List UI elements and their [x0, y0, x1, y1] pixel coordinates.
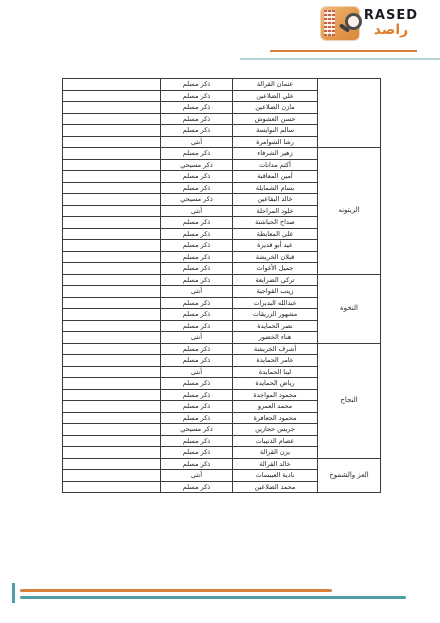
member-name-cell: سالم النوايسة [233, 125, 318, 137]
empty-cell [63, 378, 161, 390]
empty-cell [63, 90, 161, 102]
empty-cell [63, 424, 161, 436]
members-table-body: عثمان القرالةذكر مسلمعلي الضلاعينذكر مسل… [63, 79, 381, 493]
magnifier-icon [345, 13, 362, 30]
empty-cell [63, 412, 161, 424]
group-label-cell: النجاح [318, 343, 381, 458]
empty-cell [63, 401, 161, 413]
empty-cell [63, 481, 161, 493]
footer-accent-bar [12, 583, 15, 603]
logo-text: RASED راصد [364, 9, 418, 37]
header-rule-teal [240, 58, 440, 60]
member-name-cell: جريس حجازين [233, 424, 318, 436]
gender-religion-cell: ذكر مسيحي [161, 424, 233, 436]
gender-religion-cell: ذكر مسلم [161, 435, 233, 447]
empty-cell [63, 125, 161, 137]
gender-religion-cell: ذكر مسلم [161, 297, 233, 309]
gender-religion-cell: ذكر مسلم [161, 458, 233, 470]
spreadsheet-pattern-icon [324, 10, 335, 36]
group-label-cell: الزيتونه [318, 148, 381, 275]
empty-cell [63, 159, 161, 171]
member-name-cell: عامر الحمايدة [233, 355, 318, 367]
gender-religion-cell: ذكر مسيحي [161, 159, 233, 171]
rased-logo-icon [321, 7, 359, 40]
footer-rule-orange [20, 589, 332, 592]
empty-cell [63, 182, 161, 194]
member-name-cell: نادية العبيسات [233, 470, 318, 482]
gender-religion-cell: ذكر مسلم [161, 171, 233, 183]
gender-religion-cell: ذكر مسلم [161, 378, 233, 390]
gender-religion-cell: أنثى [161, 136, 233, 148]
magnifier-handle-icon [339, 23, 350, 33]
gender-religion-cell: ذكر مسلم [161, 90, 233, 102]
empty-cell [63, 217, 161, 229]
member-name-cell: محمود المواجدة [233, 389, 318, 401]
footer-rule-teal [20, 596, 406, 599]
group-label-cell [318, 79, 381, 148]
empty-cell [63, 194, 161, 206]
member-name-cell: رياض الحمايدة [233, 378, 318, 390]
members-table: عثمان القرالةذكر مسلمعلي الضلاعينذكر مسل… [62, 78, 381, 493]
empty-cell [63, 458, 161, 470]
member-name-cell: محمود الجعافرة [233, 412, 318, 424]
gender-religion-cell: ذكر مسيحي [161, 194, 233, 206]
empty-cell [63, 435, 161, 447]
member-name-cell: علي الضلاعين [233, 90, 318, 102]
member-name-cell: علي المعايطة [233, 228, 318, 240]
member-name-cell: أكثم مدانات [233, 159, 318, 171]
group-label-cell: النخوة [318, 274, 381, 343]
empty-cell [63, 113, 161, 125]
empty-cell [63, 274, 161, 286]
member-name-cell: صداح الحباشنة [233, 217, 318, 229]
member-name-cell: هناء الخضور [233, 332, 318, 344]
member-name-cell: تركي الضرايعة [233, 274, 318, 286]
gender-religion-cell: ذكر مسلم [161, 263, 233, 275]
empty-cell [63, 297, 161, 309]
empty-cell [63, 355, 161, 367]
gender-religion-cell: ذكر مسلم [161, 412, 233, 424]
member-name-cell: محمد الضلاعين [233, 481, 318, 493]
gender-religion-cell: ذكر مسلم [161, 113, 233, 125]
header-rule-orange [270, 50, 417, 52]
gender-religion-cell: ذكر مسلم [161, 401, 233, 413]
member-name-cell: خالد البقاعين [233, 194, 318, 206]
empty-cell [63, 320, 161, 332]
gender-religion-cell: ذكر مسلم [161, 320, 233, 332]
gender-religion-cell: أنثى [161, 286, 233, 298]
gender-religion-cell: ذكر مسلم [161, 217, 233, 229]
member-name-cell: عيد أبو قديرة [233, 240, 318, 252]
logo-arabic-text: راصد [364, 23, 418, 38]
table-row: عثمان القرالةذكر مسلم [63, 79, 381, 91]
member-name-cell: عصام الذنيبات [233, 435, 318, 447]
member-name-cell: بسام الشمايلة [233, 182, 318, 194]
empty-cell [63, 309, 161, 321]
empty-cell [63, 263, 161, 275]
empty-cell [63, 79, 161, 91]
empty-cell [63, 389, 161, 401]
gender-religion-cell: ذكر مسلم [161, 274, 233, 286]
empty-cell [63, 205, 161, 217]
member-name-cell: نصر الحمايدة [233, 320, 318, 332]
member-name-cell: قبلان الخريشة [233, 251, 318, 263]
gender-religion-cell: ذكر مسلم [161, 79, 233, 91]
member-name-cell: يزن القرالة [233, 447, 318, 459]
gender-religion-cell: ذكر مسلم [161, 251, 233, 263]
gender-religion-cell: ذكر مسلم [161, 355, 233, 367]
gender-religion-cell: ذكر مسلم [161, 125, 233, 137]
gender-religion-cell: ذكر مسلم [161, 182, 233, 194]
gender-religion-cell: ذكر مسلم [161, 309, 233, 321]
table-row: العز والشموخخالد القرالةذكر مسلم [63, 458, 381, 470]
member-name-cell: محمد العمرو [233, 401, 318, 413]
logo-latin-text: RASED [364, 9, 418, 23]
gender-religion-cell: ذكر مسلم [161, 447, 233, 459]
report-page: RASED راصد عثمان القرالةذكر مسلمعلي الضل… [0, 0, 440, 623]
empty-cell [63, 148, 161, 160]
table-row: النجاحأشرف الخريشةذكر مسلم [63, 343, 381, 355]
gender-religion-cell: ذكر مسلم [161, 389, 233, 401]
gender-religion-cell: ذكر مسلم [161, 102, 233, 114]
gender-religion-cell: ذكر مسلم [161, 228, 233, 240]
empty-cell [63, 366, 161, 378]
gender-religion-cell: ذكر مسلم [161, 343, 233, 355]
empty-cell [63, 447, 161, 459]
table-row: الزيتونهزهير الشرفاءذكر مسلم [63, 148, 381, 160]
member-name-cell: عبدالله البديرات [233, 297, 318, 309]
empty-cell [63, 136, 161, 148]
rased-logo: RASED راصد [321, 7, 418, 40]
member-name-cell: رشا الشوامرة [233, 136, 318, 148]
empty-cell [63, 470, 161, 482]
member-name-cell: أشرف الخريشة [233, 343, 318, 355]
member-name-cell: عثمان القرالة [233, 79, 318, 91]
member-name-cell: جميل الأغوات [233, 263, 318, 275]
gender-religion-cell: ذكر مسلم [161, 148, 233, 160]
member-name-cell: أمين المعاقبة [233, 171, 318, 183]
group-label-cell: العز والشموخ [318, 458, 381, 493]
member-name-cell: حسن العشوش [233, 113, 318, 125]
member-name-cell: مشهور الزريقات [233, 309, 318, 321]
gender-religion-cell: ذكر مسلم [161, 240, 233, 252]
empty-cell [63, 240, 161, 252]
member-name-cell: مازن الضلاعين [233, 102, 318, 114]
empty-cell [63, 332, 161, 344]
member-name-cell: خلود المراحلة [233, 205, 318, 217]
gender-religion-cell: أنثى [161, 205, 233, 217]
empty-cell [63, 171, 161, 183]
empty-cell [63, 102, 161, 114]
gender-religion-cell: ذكر مسلم [161, 481, 233, 493]
member-name-cell: زينب القواجية [233, 286, 318, 298]
empty-cell [63, 251, 161, 263]
member-name-cell: خالد القرالة [233, 458, 318, 470]
gender-religion-cell: أنثى [161, 366, 233, 378]
member-name-cell: زهير الشرفاء [233, 148, 318, 160]
table-row: النخوةتركي الضرايعةذكر مسلم [63, 274, 381, 286]
gender-religion-cell: أنثى [161, 470, 233, 482]
empty-cell [63, 286, 161, 298]
member-name-cell: لينا الحمايدة [233, 366, 318, 378]
gender-religion-cell: أنثى [161, 332, 233, 344]
empty-cell [63, 228, 161, 240]
empty-cell [63, 343, 161, 355]
